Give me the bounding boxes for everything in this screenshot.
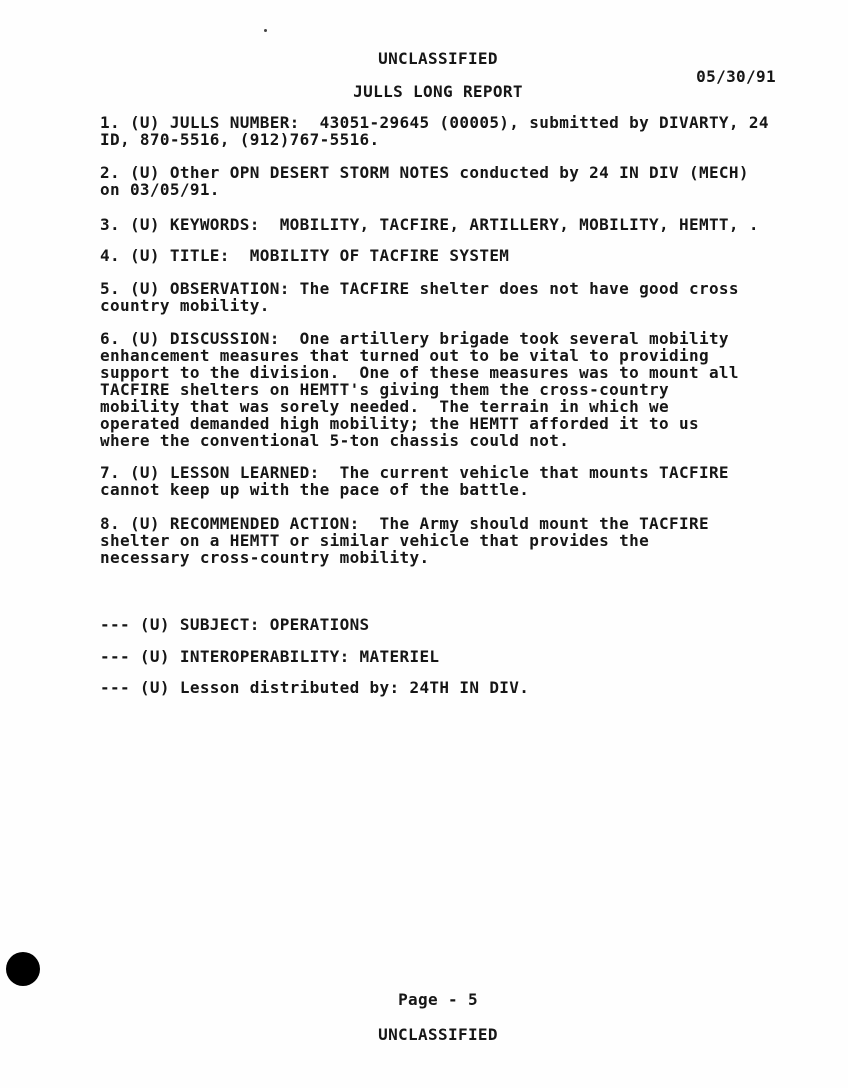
note-subject: --- (U) SUBJECT: OPERATIONS <box>100 616 776 633</box>
paragraph-discussion: 6. (U) DISCUSSION: One artillery brigade… <box>100 330 776 449</box>
paragraph-recommended-action: 8. (U) RECOMMENDED ACTION: The Army shou… <box>100 515 776 566</box>
paragraph-julls-number: 1. (U) JULLS NUMBER: 43051-29645 (00005)… <box>100 114 776 148</box>
hole-punch-mark <box>6 952 40 986</box>
paragraph-lesson-learned: 7. (U) LESSON LEARNED: The current vehic… <box>100 464 776 498</box>
document-content: UNCLASSIFIED 05/30/91 JULLS LONG REPORT … <box>100 0 776 1088</box>
page-number: Page - 5 <box>100 991 776 1008</box>
paragraph-keywords: 3. (U) KEYWORDS: MOBILITY, TACFIRE, ARTI… <box>100 216 776 233</box>
paragraph-event: 2. (U) Other OPN DESERT STORM NOTES cond… <box>100 164 776 198</box>
paragraph-title: 4. (U) TITLE: MOBILITY OF TACFIRE SYSTEM <box>100 247 776 264</box>
classification-footer: UNCLASSIFIED <box>100 1026 776 1043</box>
note-distribution: --- (U) Lesson distributed by: 24TH IN D… <box>100 679 776 696</box>
paragraph-observation: 5. (U) OBSERVATION: The TACFIRE shelter … <box>100 280 776 314</box>
classification-header: UNCLASSIFIED <box>100 50 776 67</box>
document-page: UNCLASSIFIED 05/30/91 JULLS LONG REPORT … <box>0 0 848 1088</box>
report-title: JULLS LONG REPORT <box>100 83 776 100</box>
note-interoperability: --- (U) INTEROPERABILITY: MATERIEL <box>100 648 776 665</box>
